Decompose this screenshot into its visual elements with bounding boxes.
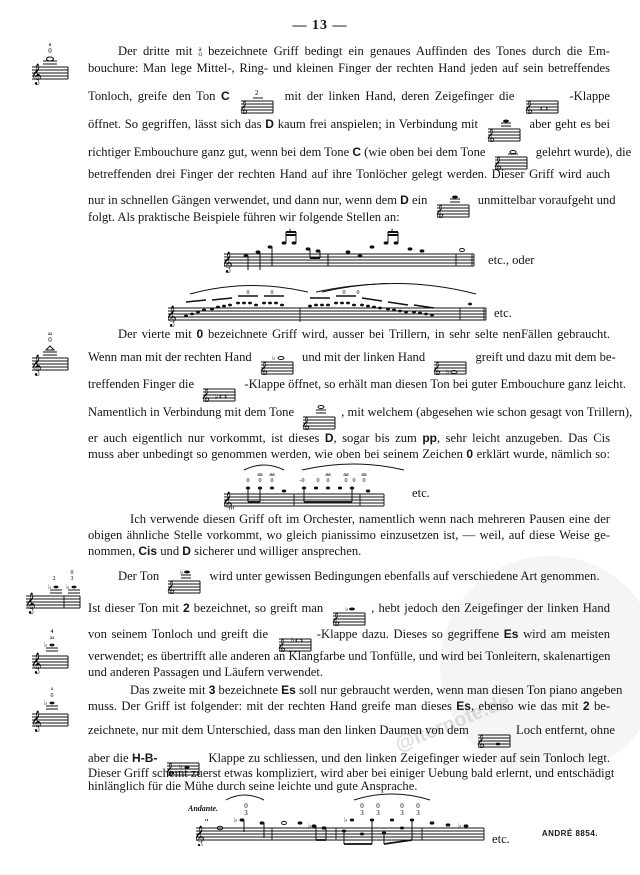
- svg-text:𝄞: 𝄞: [201, 389, 210, 402]
- music-example-4: 03 0303 0303 𝄞 ″ ♭♭♭♭: [196, 790, 486, 846]
- svg-text:𝄞: 𝄞: [31, 653, 42, 674]
- svg-text:♭: ♭: [458, 822, 461, 830]
- text-line: Der Ton ♭𝄞 wird unter gewissen Bedingung…: [88, 568, 610, 586]
- music-example-1-part-2: a: [344, 228, 476, 274]
- svg-text:2: 2: [255, 89, 259, 97]
- svg-text:3: 3: [360, 809, 364, 817]
- svg-text:𝄞: 𝄞: [239, 101, 248, 114]
- svg-text:-0: -0: [300, 478, 305, 484]
- text-line: folgt. Als praktische Beispiele führen w…: [88, 210, 610, 224]
- svg-text:3: 3: [416, 809, 420, 817]
- music-example-3: aaaaaaaaaa 000-000000 𝄞 ″: [224, 462, 414, 510]
- margin-fingering-example-2: aa 0 𝄞: [28, 328, 72, 383]
- text-line: verwendet; es übertrifft alle anderen an…: [88, 649, 610, 663]
- music-example-1: 𝄞 a: [224, 228, 344, 274]
- svg-text:4: 4: [51, 629, 54, 635]
- svg-text:0: 0: [48, 47, 52, 55]
- text-line: nommen, Cis und D sicherer und williger …: [88, 544, 610, 558]
- music-example-2: 𝄞 00 00: [168, 288, 488, 328]
- svg-text:𝄞: 𝄞: [31, 64, 42, 85]
- svg-text:0: 0: [247, 478, 250, 484]
- svg-text:𝄞: 𝄞: [331, 613, 340, 626]
- svg-text:𝄞: 𝄞: [196, 826, 205, 846]
- svg-text:𝄞: 𝄞: [486, 129, 495, 142]
- text-line: Der vierte mit 0 bezeichnete Griff wird,…: [88, 327, 610, 341]
- svg-text:0: 0: [345, 478, 348, 484]
- margin-fingering-example-4: 4aa ♭ 𝄞: [28, 626, 72, 679]
- svg-text:♭: ♭: [272, 354, 275, 362]
- svg-text:𝄞: 𝄞: [31, 355, 42, 376]
- svg-text:𝄞: 𝄞: [524, 101, 533, 114]
- svg-text:2: 2: [53, 576, 56, 582]
- svg-text:𝄞: 𝄞: [432, 362, 441, 375]
- text-line: bouchure: Man lege Mittel-, Ring- und kl…: [88, 61, 610, 75]
- page-number: — 13 —: [0, 18, 640, 34]
- svg-text:𝄞: 𝄞: [301, 417, 310, 430]
- svg-text:″: ″: [204, 818, 209, 829]
- svg-text:0: 0: [259, 478, 262, 484]
- svg-text:♭: ♭: [215, 393, 218, 401]
- svg-text:0: 0: [247, 290, 250, 296]
- text-line: richtiger Embouchure ganz gut, wenn bei …: [88, 144, 610, 162]
- svg-text:0: 0: [51, 693, 54, 699]
- text-line: Ich verwende diesen Griff oft im Orchest…: [88, 512, 610, 526]
- text-line: nur in schnellen Gängen verwendet, und d…: [88, 192, 610, 210]
- etc-label: etc.: [494, 306, 512, 321]
- text-line: öffnet. So gegriffen, lässt sich das D k…: [88, 116, 610, 134]
- etc-label: etc., oder: [488, 253, 535, 268]
- sheet-music-page: — 13 — @lternote.de a 0 𝄞 Der dritte mit…: [0, 0, 640, 875]
- margin-fingering-example-1: a 0 𝄞: [28, 38, 72, 91]
- text-line: muss. Der Griff ist folgender: mit der r…: [88, 699, 610, 713]
- svg-text:0: 0: [363, 478, 366, 484]
- inline-staff-note-d-high: 𝄞: [301, 404, 337, 422]
- svg-text:𝄞: 𝄞: [259, 362, 268, 375]
- svg-text:𝄞: 𝄞: [476, 735, 485, 748]
- svg-text:0: 0: [48, 336, 52, 344]
- svg-text:3: 3: [244, 809, 248, 817]
- svg-text:♭: ♭: [234, 816, 237, 824]
- fingering-mark: ao: [198, 47, 202, 57]
- inline-staff-note-g: 𝄞: [476, 722, 512, 740]
- text-line: Wenn man mit der rechten Hand ♭𝄞 und mit…: [88, 349, 610, 367]
- svg-text:0: 0: [357, 290, 360, 296]
- text-line: obigen ähnliche Stelle vorkommt, wo glei…: [88, 528, 610, 542]
- svg-text:3: 3: [400, 809, 404, 817]
- text-line: und anderen Passagen und Läufern verwend…: [88, 665, 610, 679]
- text-line: Der dritte mit ao bezeichnete Griff bedi…: [88, 44, 610, 58]
- svg-text:♭: ♭: [345, 605, 348, 613]
- margin-fingering-example-3: 203 ♭ ♭ 𝄞: [22, 568, 82, 619]
- margin-fingering-example-5: a0 ♭ 𝄞: [28, 684, 72, 737]
- inline-staff-note-c: 2𝄞: [239, 88, 275, 106]
- text-line: Namentlich in Verbindung mit dem Tone 𝄞,…: [88, 404, 610, 422]
- inline-staff-note-g-flat: ♭𝄞: [432, 349, 468, 367]
- svg-text:aa: aa: [50, 636, 55, 641]
- svg-text:𝄞: 𝄞: [224, 252, 233, 273]
- inline-staff-note-b-high: ♭𝄞: [259, 349, 295, 367]
- svg-text:𝄞: 𝄞: [25, 593, 36, 614]
- svg-text:0: 0: [343, 290, 346, 296]
- text-line: muss aber unbedingt so genommen werden, …: [88, 447, 610, 461]
- svg-text:0: 0: [317, 478, 320, 484]
- svg-text:0: 0: [271, 478, 274, 484]
- text-line: er auch eigentlich nur vorkommt, ist die…: [88, 431, 610, 445]
- svg-text:3: 3: [71, 576, 74, 582]
- svg-text:0: 0: [353, 478, 356, 484]
- inline-staff-note-b-flat: ♭𝄞: [277, 626, 313, 644]
- inline-staff-note-a-high: 𝄞: [493, 144, 529, 162]
- text-line: treffenden Finger die ♭𝄞 -Klappe öffnet,…: [88, 376, 610, 394]
- text-line: von seinem Tonloch und greift die ♭𝄞-Kla…: [88, 626, 610, 644]
- publisher-plate-number: ANDRÉ 8854.: [542, 829, 598, 838]
- inline-staff-note-b-flat-high: ♭𝄞: [331, 600, 367, 618]
- text-line: Tonloch, greife den Ton C 2𝄞 mit der lin…: [88, 88, 610, 106]
- text-line: zeichnete, nur mit dem Unterschied, dass…: [88, 722, 610, 740]
- svg-text:″: ″: [230, 506, 235, 510]
- inline-staff-note-e-high: 𝄞: [486, 116, 522, 134]
- svg-text:♭: ♭: [291, 636, 294, 644]
- inline-staff-note-e-high: 𝄞: [435, 192, 471, 210]
- svg-text:a: a: [51, 687, 54, 692]
- svg-text:𝄞: 𝄞: [166, 581, 175, 594]
- svg-text:0: 0: [327, 478, 330, 484]
- svg-text:♭: ♭: [308, 822, 311, 830]
- svg-text:𝄞: 𝄞: [31, 711, 42, 732]
- svg-text:♭: ♭: [446, 368, 449, 375]
- text-line: Dieser Griff scheint zuerst etwas kompli…: [88, 766, 610, 780]
- svg-text:3: 3: [376, 809, 380, 817]
- inline-staff-note-a: 𝄞: [524, 88, 560, 106]
- text-line: betreffenden drei Finger der rechten Han…: [88, 167, 610, 181]
- svg-text:𝄞: 𝄞: [168, 306, 177, 327]
- inline-staff-note-e-flat-high: ♭𝄞: [166, 568, 202, 586]
- etc-label: etc.: [412, 486, 430, 501]
- svg-text:♭: ♭: [344, 816, 347, 824]
- inline-staff-note-a-flat: ♭𝄞: [201, 376, 237, 394]
- text-line: Ist dieser Ton mit 2 bezeichnet, so grei…: [88, 600, 610, 618]
- etc-label: etc.: [492, 832, 510, 847]
- text-line: Das zweite mit 3 bezeichnete Es soll nur…: [88, 683, 610, 697]
- svg-text:0: 0: [271, 290, 274, 296]
